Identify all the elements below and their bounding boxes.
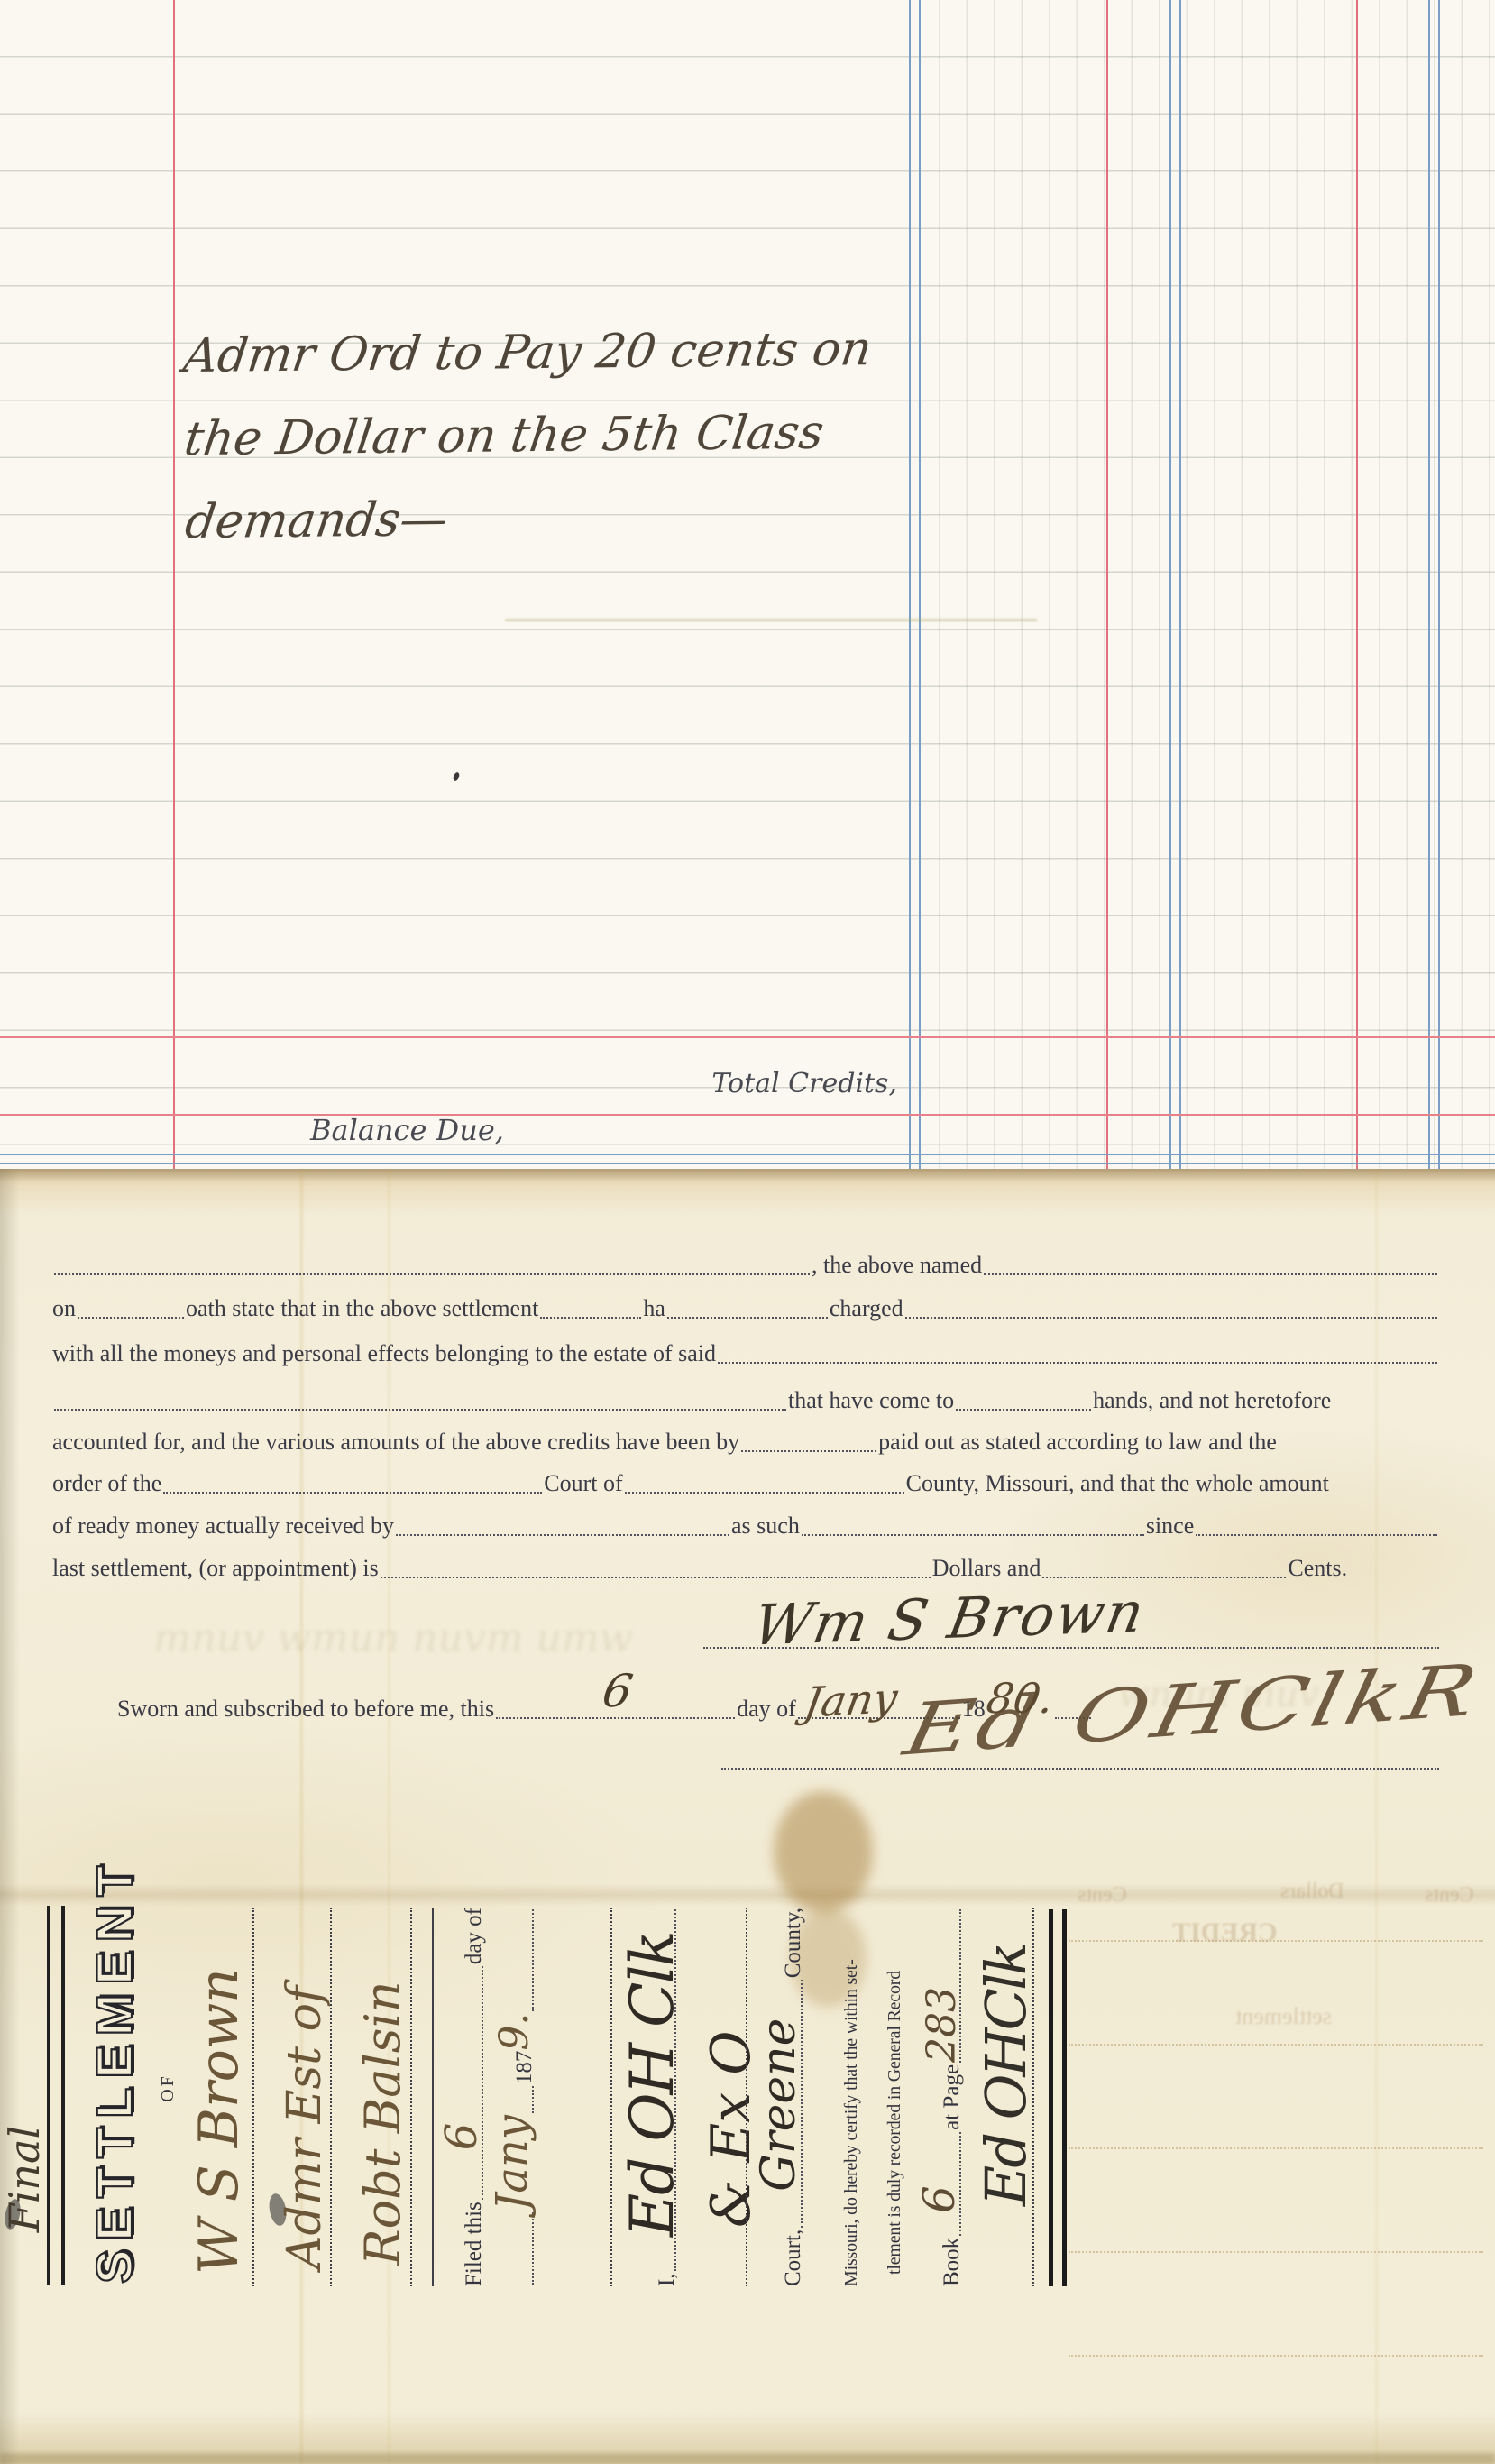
dotted-blank (78, 1310, 184, 1319)
clerk-dotted-line (721, 1766, 1439, 1770)
affidavit-text: charged (830, 1295, 903, 1322)
docket-book-line: Book 6 at Page 283 (932, 1908, 965, 2286)
dotted-blank (667, 1310, 828, 1319)
docket-filed-date-line: Jany 187 9. (501, 1908, 537, 2286)
final-text: Final (0, 2126, 49, 2232)
docket-dotted-line-3 (410, 1908, 412, 2286)
page-label: at Page (940, 2064, 965, 2130)
ledger-blue-column-line-1 (909, 0, 921, 1169)
dotted-blank (1196, 1527, 1437, 1536)
filed-prefix: Filed this (462, 2202, 487, 2286)
docket-dotted-line-6 (1032, 1908, 1034, 2286)
dotted-blank (540, 1310, 641, 1319)
ledger-red-margin-line (173, 0, 175, 1169)
signature-dotted-line (703, 1645, 1439, 1649)
docket-filed-line: Filed this 6 day of (456, 1908, 487, 2286)
ledger-red-rule-upper (0, 1036, 1495, 1038)
clerk-flourish-signature: Ed OHClkR (897, 1650, 1488, 1772)
ghost-settlement: settlement (1235, 2003, 1332, 2030)
county-name-handwritten: Greene (752, 2018, 806, 2192)
ledger-red-column-line-1 (1106, 0, 1108, 1169)
docket-dotted-line-2 (330, 1908, 332, 2286)
dotted-blank: 6 (474, 1966, 483, 2200)
dotted-blank (667, 1909, 676, 2271)
scanned-probate-document: Admr Ord to Pay 20 cents on the Dollar o… (0, 0, 1495, 2464)
affidavit-text: ha (643, 1295, 665, 1322)
docket-clerk-signature: Ed OHClk (967, 1908, 1039, 2206)
brown-stain-large (774, 1791, 873, 1913)
ledger-blue-column-line-2 (1169, 0, 1181, 1169)
note-line-3: demands— (180, 473, 903, 564)
dotted-blank (952, 1909, 961, 1960)
docket-role-line: Admr Est of (267, 1999, 332, 2269)
dotted-blank (802, 1527, 1144, 1536)
affidavit-line-2: on oath state that in the above settleme… (52, 1295, 1439, 1322)
ghost-rule (1069, 2147, 1483, 2149)
affidavit-text: as such (731, 1512, 800, 1540)
affidavit-line-5: accounted for, and the various amounts o… (52, 1429, 1439, 1456)
docket-title: SETTLEMENT (79, 1907, 148, 2284)
affidavit-line-7: of ready money actually received by as s… (52, 1512, 1439, 1540)
affidavit-text: oath state that in the above settlement (186, 1295, 538, 1322)
docket-administrator-name: W S Brown (179, 1977, 251, 2275)
sworn-prefix: Sworn and subscribed to before me, this (117, 1696, 494, 1723)
docket-i-line: I, (647, 1908, 680, 2286)
affidavit-text: that have come to (788, 1387, 954, 1414)
ghost-rule (1069, 2355, 1483, 2357)
ghost-cents-1: Cents (1078, 1883, 1127, 1908)
affidavit-text: Court of (544, 1470, 622, 1497)
affidavit-text: hands, and not heretofore (1093, 1387, 1331, 1414)
note-line-1: Admr Ord to Pay 20 cents on (179, 308, 902, 398)
affidavit-line-1: , the above named (52, 1252, 1439, 1279)
note-line-2: the Dollar on the 5th Class (179, 391, 903, 481)
affidavit-text: Dollars and (932, 1555, 1041, 1582)
settlement-title-text: SETTLEMENT (85, 1857, 143, 2284)
estate-name-text: Robt Balsin (354, 1981, 411, 2266)
sworn-month-handwritten: Jany (801, 1673, 901, 1726)
affidavit-text: , the above named (812, 1252, 982, 1279)
docket-of-label: OF (155, 2058, 179, 2118)
docket-clerk-script-2: & Ex O (682, 1975, 763, 2228)
affidavit-text: of ready money actually received by (52, 1512, 394, 1540)
ledger-sheet: Admr Ord to Pay 20 cents on the Dollar o… (0, 0, 1495, 1169)
paper-smear (505, 619, 1037, 621)
ink-speck (452, 771, 460, 781)
ghost-credit-text: CREDIT (1172, 1917, 1278, 1948)
docket-dotted-line-1 (252, 1908, 254, 2286)
sworn-day-handwritten: 6 (599, 1665, 637, 1717)
affidavit-text: Cents. (1288, 1555, 1347, 1582)
affidavit-text: on (52, 1295, 76, 1322)
horizontal-fold-crease (0, 1883, 1495, 1907)
affidavit-line-6: order of the Court of County, Missouri, … (52, 1470, 1439, 1497)
dotted-blank (163, 1485, 542, 1494)
dotted-blank (54, 1402, 786, 1411)
i-label: I, (655, 2273, 680, 2286)
book-label: Book (940, 2238, 965, 2286)
handwritten-order-note: Admr Ord to Pay 20 cents on the Dollar o… (184, 308, 899, 564)
docket-court-line: Court, Greene County, (774, 1908, 806, 2286)
filed-suffix: day of (462, 1908, 487, 1964)
filed-year-handwritten: 9. (491, 2013, 537, 2051)
dotted-blank (718, 1355, 1437, 1364)
docket-certify-line-1: Missouri, do hereby certify that the wit… (835, 1906, 862, 2286)
ledger-red-rule-lower (0, 1114, 1495, 1116)
docket-certify-line-2: tlement is duly recorded in General Reco… (878, 1914, 905, 2275)
ledger-red-column-line-2 (1356, 0, 1358, 1169)
filed-month-handwritten: Jany (487, 2115, 537, 2211)
dotted-blank (396, 1527, 729, 1536)
dotted-blank (905, 1310, 1437, 1319)
ghost-cents-2: Cents (1425, 1883, 1474, 1908)
administrator-name-text: W S Brown (188, 1968, 251, 2275)
total-credits-label: Total Credits, (627, 1068, 897, 1099)
dotted-blank (381, 1569, 931, 1578)
dotted-blank: Greene (793, 1980, 803, 2228)
dotted-blank (984, 1266, 1437, 1275)
ledger-blue-column-line-3 (1428, 0, 1440, 1169)
sheet-overlap-shadow (0, 1169, 1495, 1181)
clerk-signature-text: Ed OHClk (973, 1945, 1039, 2206)
affidavit-text: County, Missouri, and that the whole amo… (906, 1470, 1329, 1497)
court-label: Court, (781, 2230, 806, 2286)
county-label: County, (781, 1908, 806, 1978)
affidavit-line-3: with all the moneys and personal effects… (52, 1340, 1439, 1367)
dotted-blank (525, 1909, 534, 2011)
ghost-rule (1069, 2251, 1483, 2253)
docket-estate-name: Robt Balsin (346, 1968, 411, 2266)
of-text: OF (158, 2073, 179, 2102)
dotted-blank (741, 1443, 876, 1452)
bottom-edge-shadow (0, 2453, 1495, 2464)
dotted-blank: 6 (952, 2132, 961, 2236)
docket-final-label: Final (2, 2066, 49, 2292)
dotted-blank (625, 1485, 904, 1494)
dotted-blank: 283 (952, 1963, 961, 2063)
dotted-blank (525, 2086, 534, 2113)
settlement-sheet: mnuv wmun nuvm umw wnum muv , the above … (0, 1169, 1495, 2464)
ghost-dollars: Dollars (1280, 1880, 1344, 1904)
dotted-blank (956, 1402, 1091, 1411)
dotted-blank (54, 1266, 810, 1275)
page-number-handwritten: 283 (919, 1987, 965, 2063)
dotted-blank (1042, 1569, 1286, 1578)
sworn-dayof: day of (737, 1696, 796, 1723)
affidavit-text: order of the (52, 1470, 161, 1497)
docket-solid-line (432, 1908, 434, 2286)
affidavit-text: last settlement, (or appointment) is (52, 1555, 379, 1582)
docket-double-rule (47, 1906, 65, 2285)
affidavit-line-4: that have come to hands, and not heretof… (52, 1387, 1439, 1414)
ledger-blue-double-rule (0, 1154, 1495, 1164)
role-text: Admr Est of (278, 1986, 332, 2269)
dotted-blank: 6 (496, 1710, 735, 1719)
affidavit-text: since (1146, 1512, 1194, 1540)
filed-day-handwritten: 6 (436, 2123, 487, 2151)
dotted-blank (525, 2212, 534, 2285)
docket-dotted-line-5 (746, 1908, 747, 2286)
affidavit-text: with all the moneys and personal effects… (52, 1340, 716, 1367)
filed-year-printed: 187 (512, 2051, 537, 2085)
book-number-handwritten: 6 (914, 2185, 965, 2213)
affidavit-text: accounted for, and the various amounts o… (52, 1429, 739, 1456)
ghost-rule (1069, 2044, 1483, 2046)
ledger-faint-grid (913, 0, 1495, 1169)
certify-2-text: tlement is duly recorded in General Reco… (885, 1971, 905, 2275)
certify-1-text: Missouri, do hereby certify that the wit… (841, 1959, 862, 2286)
balance-due-label: Balance Due, (310, 1113, 504, 1147)
docket-thick-rule (1049, 1909, 1067, 2286)
affidavit-line-8: last settlement, (or appointment) is Dol… (52, 1555, 1439, 1582)
bleedthrough-scribble-1: mnuv wmun nuvm umw (153, 1615, 633, 1661)
affidavit-text: paid out as stated according to law and … (878, 1429, 1277, 1456)
